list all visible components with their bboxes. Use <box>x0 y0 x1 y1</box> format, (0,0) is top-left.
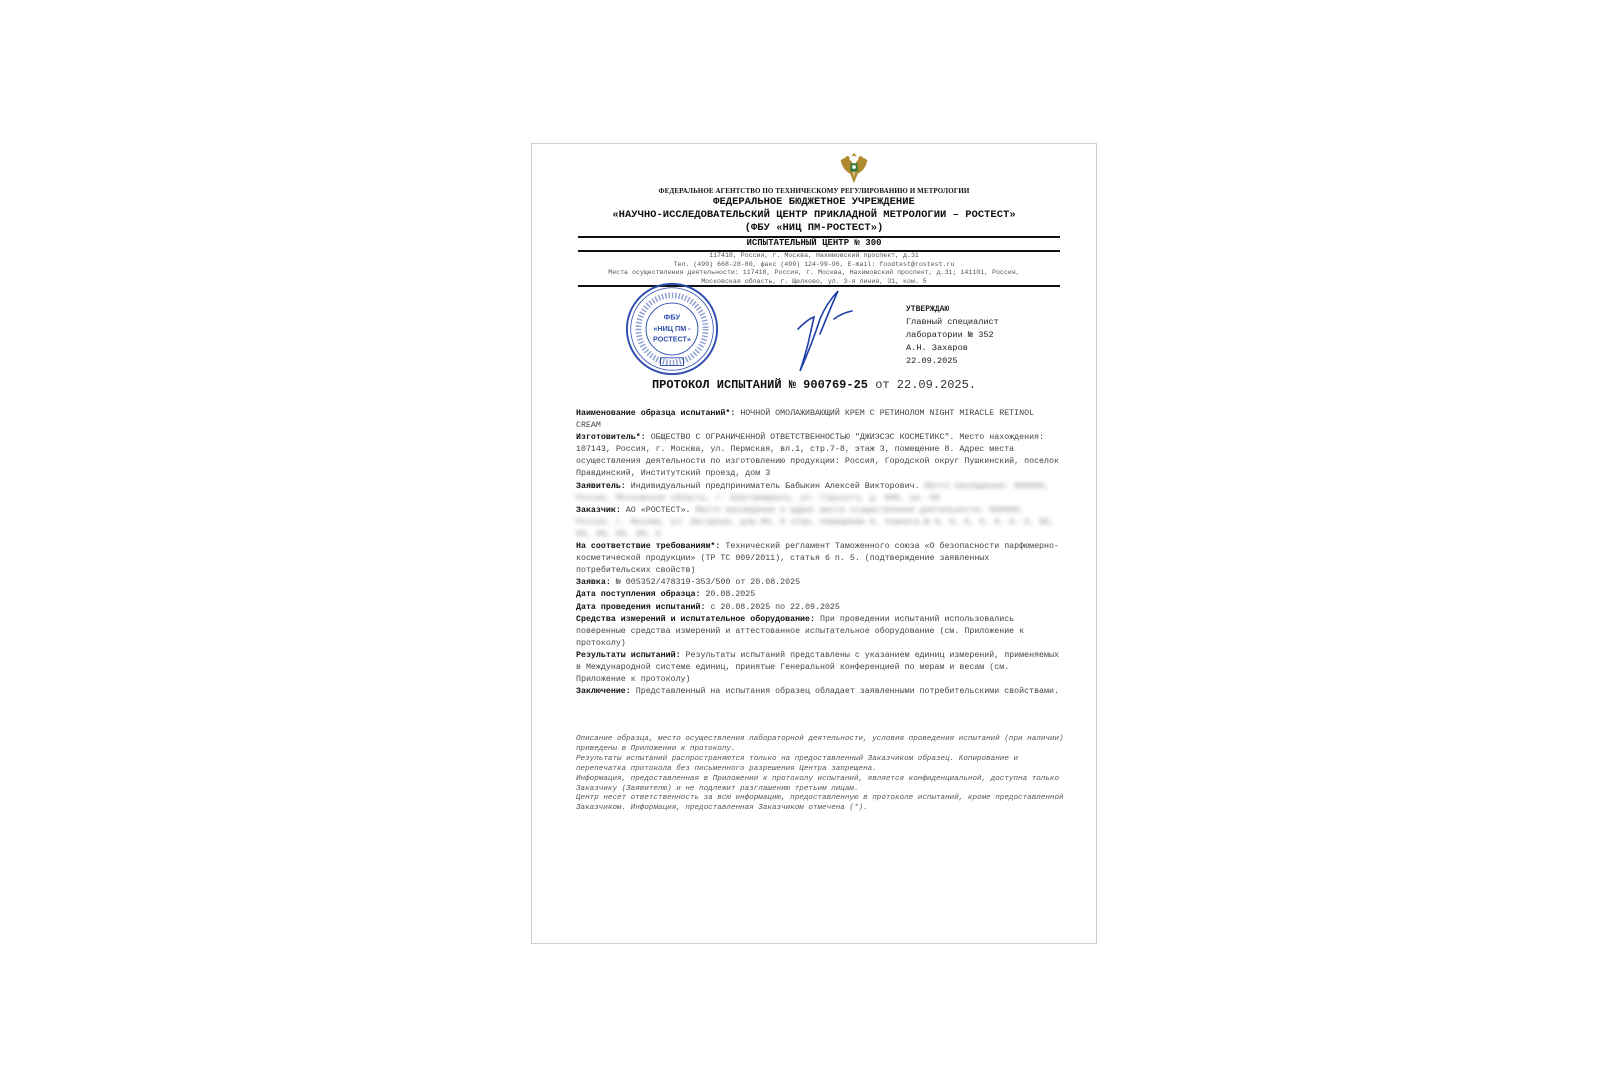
protocol-field: Дата проведения испытаний: с 20.08.2025 … <box>576 602 1062 614</box>
protocol-date: от 22.09.2025. <box>875 378 976 392</box>
field-label: Заявка: <box>576 578 616 587</box>
document-page: ФЕДЕРАЛЬНОЕ АГЕНТСТВО ПО ТЕХНИЧЕСКОМУ РЕ… <box>531 143 1097 944</box>
approver-lab: лаборатории № 352 <box>906 329 999 342</box>
institution-name: «НАУЧНО-ИССЛЕДОВАТЕЛЬСКИЙ ЦЕНТР ПРИКЛАДН… <box>532 209 1096 221</box>
field-label: Наименование образца испытаний*: <box>576 409 740 418</box>
protocol-field: Заказчик: АО «РОСТЕСТ». Место нахождения… <box>576 505 1062 541</box>
signature <box>790 289 860 374</box>
protocol-field: Средства измерений и испытательное обору… <box>576 614 1062 650</box>
field-label: Средства измерений и испытательное обору… <box>576 615 820 624</box>
protocol-field: Заявитель: Индивидуальный предпринимател… <box>576 481 1062 505</box>
svg-text:РОСТЕСТ»: РОСТЕСТ» <box>653 334 691 343</box>
approval-block: УТВЕРЖДАЮ Главный специалист лаборатории… <box>906 303 999 368</box>
field-label: Результаты испытаний: <box>576 651 686 660</box>
approver-position: Главный специалист <box>906 316 999 329</box>
field-value: № 005352/478319-353/500 от 20.08.2025 <box>616 578 800 587</box>
testing-center-number: ИСПЫТАТЕЛЬНЫЙ ЦЕНТР № 300 <box>532 238 1096 248</box>
field-value: с 20.08.2025 по 22.09.2025 <box>710 603 839 612</box>
agency-name: ФЕДЕРАЛЬНОЕ АГЕНТСТВО ПО ТЕХНИЧЕСКОМУ РЕ… <box>532 187 1096 195</box>
protocol-field: Результаты испытаний: Результаты испытан… <box>576 650 1062 686</box>
address: 117418, Россия, г. Москва, Нахимовский п… <box>532 252 1096 261</box>
field-value: АО «РОСТЕСТ». <box>626 506 691 515</box>
institution-short-name: (ФБУ «НИЦ ПМ-РОСТЕСТ») <box>532 222 1096 234</box>
field-label: Дата проведения испытаний: <box>576 603 710 612</box>
note-line: Информация, предоставленная в Приложении… <box>576 775 1064 795</box>
note-line: Результаты испытаний распространяются то… <box>576 755 1064 775</box>
institution-type: ФЕДЕРАЛЬНОЕ БЮДЖЕТНОЕ УЧРЕЖДЕНИЕ <box>532 196 1096 208</box>
protocol-field: Изготовитель*: ОБЩЕСТВО С ОГРАНИЧЕННОЙ О… <box>576 432 1062 480</box>
note-line: Описание образца, место осуществления ла… <box>576 735 1064 755</box>
contacts: Тел. (499) 668-28-80, факс (499) 124-99-… <box>532 261 1096 270</box>
official-stamp-icon: ФБУ «НИЦ ПМ - РОСТЕСТ» <box>624 281 720 377</box>
field-value: Индивидуальный предприниматель Бабыкин А… <box>631 482 920 491</box>
activity-places: Места осуществления деятельности: 117418… <box>532 269 1096 278</box>
protocol-title: ПРОТОКОЛ ИСПЫТАНИЙ № 900769-25 от 22.09.… <box>532 378 1096 392</box>
field-label: Изготовитель*: <box>576 433 651 442</box>
protocol-number: ПРОТОКОЛ ИСПЫТАНИЙ № 900769-25 <box>652 378 868 392</box>
approval-date: 22.09.2025 <box>906 355 999 368</box>
field-label: Дата поступления образца: <box>576 590 705 599</box>
approval-title: УТВЕРЖДАЮ <box>906 303 999 316</box>
field-label: Заявитель: <box>576 482 631 491</box>
svg-text:«НИЦ ПМ -: «НИЦ ПМ - <box>653 324 691 333</box>
svg-text:ФБУ: ФБУ <box>664 312 681 321</box>
protocol-field: На соответствие требованиям*: Технически… <box>576 541 1062 577</box>
protocol-field: Заявка: № 005352/478319-353/500 от 20.08… <box>576 577 1062 589</box>
protocol-fields: Наименование образца испытаний*: НОЧНОЙ … <box>576 408 1062 698</box>
field-label: Заказчик: <box>576 506 626 515</box>
russian-coat-of-arms-icon <box>835 149 873 187</box>
field-value: Представленный на испытания образец обла… <box>636 687 1059 696</box>
field-value: 20.08.2025 <box>705 590 755 599</box>
protocol-field: Дата поступления образца: 20.08.2025 <box>576 589 1062 601</box>
note-line: Центр несет ответственность за всю инфор… <box>576 794 1064 814</box>
protocol-notes: Описание образца, место осуществления ла… <box>576 735 1064 814</box>
protocol-field: Наименование образца испытаний*: НОЧНОЙ … <box>576 408 1062 432</box>
field-label: На соответствие требованиям*: <box>576 542 725 551</box>
field-label: Заключение: <box>576 687 636 696</box>
approver-name: А.Н. Захаров <box>906 342 999 355</box>
protocol-field: Заключение: Представленный на испытания … <box>576 686 1062 698</box>
